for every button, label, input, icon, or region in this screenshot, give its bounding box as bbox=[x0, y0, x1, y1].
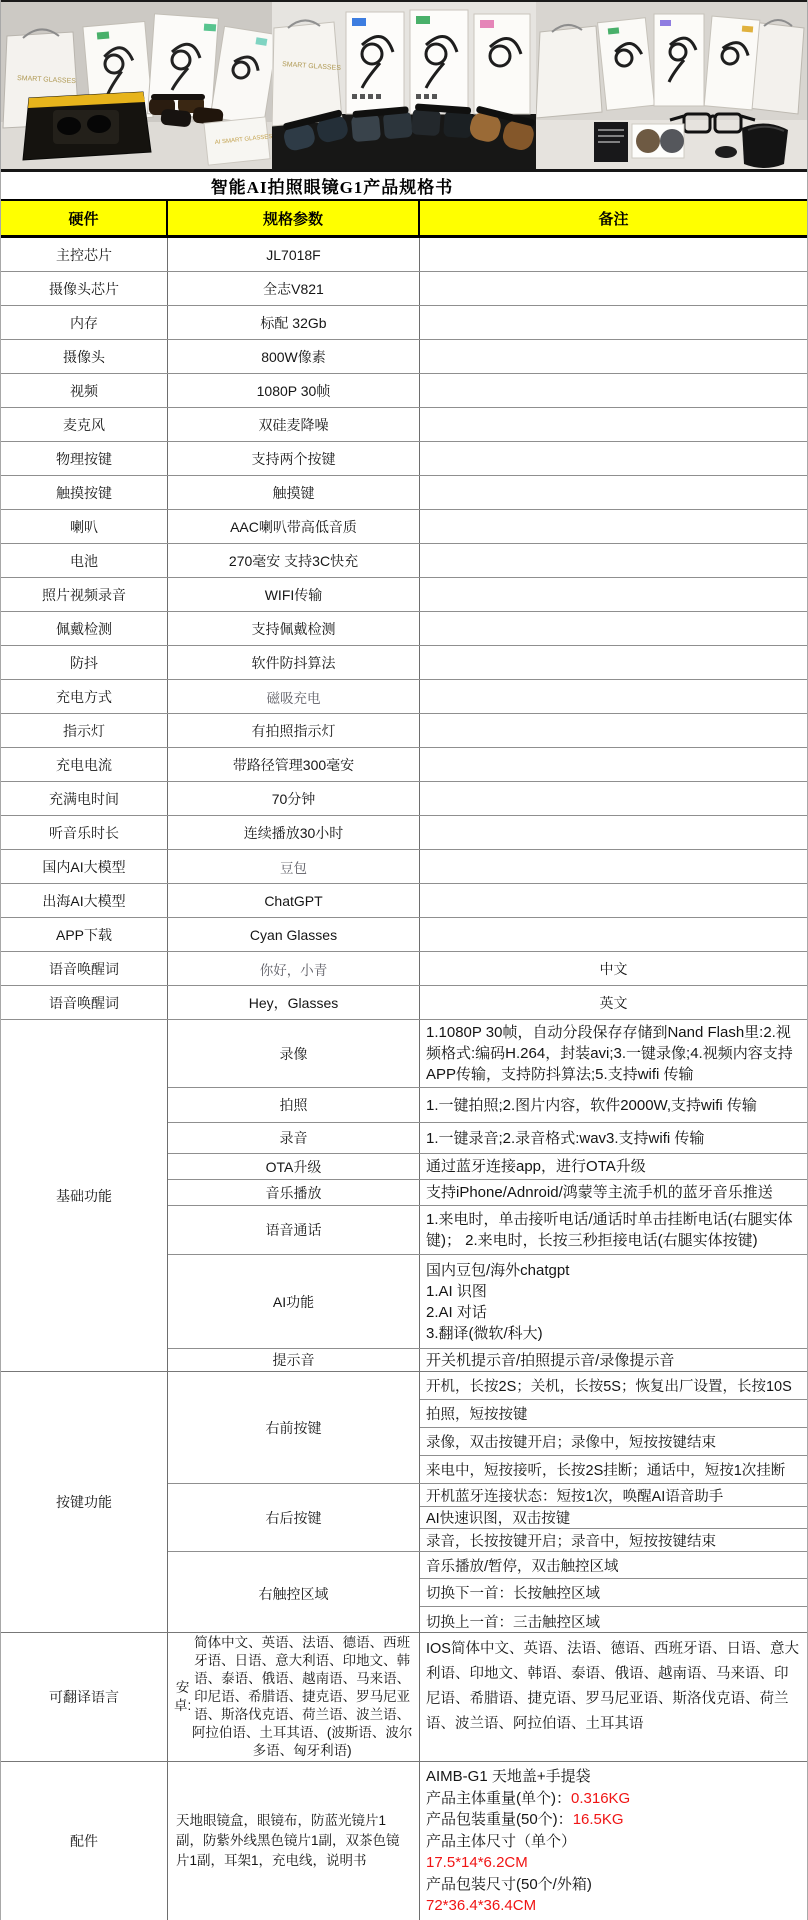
table-row: 主控芯片JL7018F bbox=[1, 238, 807, 272]
row-label: 喇叭 bbox=[1, 510, 168, 543]
row-spec: 触摸键 bbox=[168, 476, 420, 509]
android-title: 安卓: bbox=[174, 1679, 191, 1715]
function-subrow: 拍照1.一键拍照;2.图片内容，软件2000W,支持wifi 传输 bbox=[168, 1088, 807, 1123]
row-spec: Cyan Glasses bbox=[168, 918, 420, 951]
subrow-note: 1.一键拍照;2.图片内容，软件2000W,支持wifi 传输 bbox=[420, 1088, 807, 1122]
row-spec: Hey，Glasses bbox=[168, 986, 420, 1019]
accessories-note-line: 72*36.4*36.4CM bbox=[426, 1895, 801, 1917]
row-note bbox=[420, 544, 807, 577]
photo-left-illustration: SMART GLASSES bbox=[1, 2, 272, 169]
table-row: 视频1080P 30帧 bbox=[1, 374, 807, 408]
row-note bbox=[420, 510, 807, 543]
row-label: 出海AI大模型 bbox=[1, 884, 168, 917]
row-spec: 磁吸充电 bbox=[168, 680, 420, 713]
row-label: 佩戴检测 bbox=[1, 612, 168, 645]
accessories-note-line: 产品主体尺寸（单个） bbox=[426, 1831, 801, 1853]
accessories-note-line: 产品包装重量(50个)：16.5KG bbox=[426, 1809, 801, 1831]
button-group-label: 右前按键 bbox=[168, 1372, 420, 1483]
subrow-note: 国内豆包/海外chatgpt 1.AI 识图 2.AI 对话 3.翻译(微软/科… bbox=[420, 1255, 807, 1348]
open-gift-box bbox=[23, 92, 151, 160]
row-label: 麦克风 bbox=[1, 408, 168, 441]
row-label: 触摸按键 bbox=[1, 476, 168, 509]
table-row: 电池270毫安 支持3C快充 bbox=[1, 544, 807, 578]
row-label: 物理按键 bbox=[1, 442, 168, 475]
table-row: 喇叭AAC喇叭带高低音质 bbox=[1, 510, 807, 544]
subrow-label: AI功能 bbox=[168, 1255, 420, 1348]
section-label: 可翻译语言 bbox=[1, 1633, 168, 1761]
row-label: 语音唤醒词 bbox=[1, 986, 168, 1019]
packaging-box bbox=[474, 14, 530, 114]
accessories-notes: AIMB-G1 天地盖+手提袋产品主体重量(单个)：0.316KG产品包装重量(… bbox=[420, 1762, 807, 1920]
charging-cable bbox=[715, 146, 737, 158]
subrow-note: 1.一键录音;2.录音格式:wav3.支持wifi 传输 bbox=[420, 1123, 807, 1153]
row-note bbox=[420, 340, 807, 373]
row-spec: JL7018F bbox=[168, 238, 420, 271]
row-spec: 支持佩戴检测 bbox=[168, 612, 420, 645]
subrow-note: 开关机提示音/拍照提示音/录像提示音 bbox=[420, 1349, 807, 1371]
function-subrow: AI功能国内豆包/海外chatgpt 1.AI 识图 2.AI 对话 3.翻译(… bbox=[168, 1255, 807, 1349]
subrow-label: 录音 bbox=[168, 1123, 420, 1153]
row-spec: 豆包 bbox=[168, 850, 420, 883]
row-label: 充电电流 bbox=[1, 748, 168, 781]
hardware-rows: 主控芯片JL7018F摄像头芯片全志V821内存标配 32Gb摄像头800W像素… bbox=[1, 238, 807, 1020]
button-note: 切换上一首：三击触控区域 bbox=[420, 1607, 807, 1635]
row-note bbox=[420, 306, 807, 339]
row-spec: 连续播放30小时 bbox=[168, 816, 420, 849]
row-label: 听音乐时长 bbox=[1, 816, 168, 849]
function-subrow: 音乐播放支持iPhone/Adnroid/鸿蒙等主流手机的蓝牙音乐推送 bbox=[168, 1180, 807, 1206]
button-note: 录音，长按按键开启；录音中，短按按键结束 bbox=[420, 1529, 807, 1551]
function-subrow: OTA升级通过蓝牙连接app，进行OTA升级 bbox=[168, 1154, 807, 1180]
table-row: 充电电流带路径管理300毫安 bbox=[1, 748, 807, 782]
button-note: 录像，双击按键开启；录像中，短按按键结束 bbox=[420, 1428, 807, 1456]
row-label: APP下载 bbox=[1, 918, 168, 951]
button-group-notes: 开机，长按2S；关机，长按5S；恢复出厂设置，长按10S拍照，短按按键录像，双击… bbox=[420, 1372, 807, 1483]
button-group-label: 右后按键 bbox=[168, 1484, 420, 1551]
row-note bbox=[420, 782, 807, 815]
packaging-box bbox=[410, 10, 468, 114]
photo-right-illustration bbox=[536, 2, 807, 169]
row-spec: 270毫安 支持3C快充 bbox=[168, 544, 420, 577]
row-spec: 800W像素 bbox=[168, 340, 420, 373]
accessories-value-red: 17.5*14*6.2CM bbox=[426, 1854, 528, 1871]
row-note bbox=[420, 442, 807, 475]
subrow-label: 拍照 bbox=[168, 1088, 420, 1122]
row-label: 电池 bbox=[1, 544, 168, 577]
button-group-notes: 音乐播放/暂停，双击触控区域切换下一首：长按触控区域切换上一首：三击触控区域 bbox=[420, 1552, 807, 1635]
row-note bbox=[420, 714, 807, 747]
row-label: 内存 bbox=[1, 306, 168, 339]
button-group: 右后按键开机蓝牙连接状态：短按1次，唤醒AI语音助手AI快速识图，双击按键录音，… bbox=[168, 1484, 807, 1552]
button-note: AI快速识图，双击按键 bbox=[420, 1507, 807, 1529]
table-row: 听音乐时长连续播放30小时 bbox=[1, 816, 807, 850]
section-label: 配件 bbox=[1, 1762, 168, 1920]
table-row: 充满电时间70分钟 bbox=[1, 782, 807, 816]
row-label: 充满电时间 bbox=[1, 782, 168, 815]
accessories-value-red: 0.316KG bbox=[571, 1790, 630, 1807]
table-row: 语音唤醒词你好，小青中文 bbox=[1, 952, 807, 986]
row-note bbox=[420, 680, 807, 713]
section-body: 录像1.1080P 30帧，自动分段保存存储到Nand Flash里:2.视频格… bbox=[168, 1020, 807, 1371]
accessories-pack-list: 天地眼镜盒，眼镜布，防蓝光镜片1副，防紫外线黑色镜片1副，双茶色镜片1副，耳架1… bbox=[168, 1762, 420, 1920]
row-note: 英文 bbox=[420, 986, 807, 1019]
table-row: 语音唤醒词Hey，Glasses英文 bbox=[1, 986, 807, 1020]
button-note: 切换下一首：长按触控区域 bbox=[420, 1579, 807, 1607]
function-subrow: 录像1.1080P 30帧，自动分段保存存储到Nand Flash里:2.视频格… bbox=[168, 1020, 807, 1088]
button-group-notes: 开机蓝牙连接状态：短按1次，唤醒AI语音助手AI快速识图，双击按键录音，长按按键… bbox=[420, 1484, 807, 1551]
row-label: 国内AI大模型 bbox=[1, 850, 168, 883]
product-photo-left: SMART GLASSES bbox=[1, 2, 272, 169]
table-header: 硬件 规格参数 备注 bbox=[1, 199, 807, 238]
button-note: 开机蓝牙连接状态：短按1次，唤醒AI语音助手 bbox=[420, 1484, 807, 1507]
table-row: 出海AI大模型ChatGPT bbox=[1, 884, 807, 918]
accessories-note-text: 产品主体尺寸（单个） bbox=[426, 1833, 576, 1850]
table-row: 佩戴检测支持佩戴检测 bbox=[1, 612, 807, 646]
section-label: 按键功能 bbox=[1, 1372, 168, 1632]
row-note bbox=[420, 408, 807, 441]
subrow-note: 1.1080P 30帧，自动分段保存存储到Nand Flash里:2.视频格式:… bbox=[420, 1020, 807, 1087]
section-accessories: 配件天地眼镜盒，眼镜布，防蓝光镜片1副，防紫外线黑色镜片1副，双茶色镜片1副，耳… bbox=[1, 1762, 807, 1920]
packaging-box bbox=[346, 12, 404, 114]
row-note bbox=[420, 238, 807, 271]
column-header-hardware: 硬件 bbox=[1, 201, 168, 235]
column-header-spec: 规格参数 bbox=[168, 201, 420, 235]
packaging-box bbox=[597, 18, 654, 111]
button-group: 右触控区域音乐播放/暂停，双击触控区域切换下一首：长按触控区域切换上一首：三击触… bbox=[168, 1552, 807, 1635]
column-header-remark: 备注 bbox=[420, 201, 807, 235]
subrow-label: OTA升级 bbox=[168, 1154, 420, 1179]
accessories-note-line: 17.5*14*6.2CM bbox=[426, 1852, 801, 1874]
table-row: 照片视频录音WIFI传输 bbox=[1, 578, 807, 612]
row-label: 摄像头 bbox=[1, 340, 168, 373]
row-note bbox=[420, 578, 807, 611]
accessories-note-line: AIMB-G1 天地盖+手提袋 bbox=[426, 1766, 801, 1788]
accessories-note-text: AIMB-G1 天地盖+手提袋 bbox=[426, 1768, 591, 1785]
subrow-note: 通过蓝牙连接app，进行OTA升级 bbox=[420, 1154, 807, 1179]
accessories-note-line: 产品包装尺寸(50个/外箱) bbox=[426, 1874, 801, 1896]
accessories-note-text: 产品包装尺寸(50个/外箱) bbox=[426, 1876, 592, 1893]
storage-pouch bbox=[742, 123, 788, 168]
subrow-label: 录像 bbox=[168, 1020, 420, 1087]
row-spec: 双硅麦降噪 bbox=[168, 408, 420, 441]
android-languages: 安卓:简体中文、英语、法语、德语、西班牙语、日语、意大利语、印地文、韩语、泰语、… bbox=[168, 1633, 420, 1761]
section-body: 右前按键开机，长按2S；关机，长按5S；恢复出厂设置，长按10S拍照，短按按键录… bbox=[168, 1372, 807, 1632]
row-note bbox=[420, 884, 807, 917]
row-label: 照片视频录音 bbox=[1, 578, 168, 611]
row-note bbox=[420, 476, 807, 509]
table-row: 充电方式磁吸充电 bbox=[1, 680, 807, 714]
product-photo-strip: SMART GLASSES bbox=[1, 0, 807, 169]
photo-middle-illustration: SMART GLASSES bbox=[272, 2, 535, 169]
accessories-note-text: 产品包装重量(50个)： bbox=[426, 1811, 573, 1828]
subrow-note: 1.来电时，单击接听电话/通话时单击挂断电话(右腿实体键)； 2.来电时，长按三… bbox=[420, 1206, 807, 1254]
button-note: 音乐播放/暂停，双击触控区域 bbox=[420, 1552, 807, 1579]
packaging-box bbox=[704, 16, 760, 110]
product-photo-middle: SMART GLASSES bbox=[272, 2, 535, 169]
accessories-note-line: 产品主体重量(单个)：0.316KG bbox=[426, 1788, 801, 1810]
section-translate-languages: 可翻译语言安卓:简体中文、英语、法语、德语、西班牙语、日语、意大利语、印地文、韩… bbox=[1, 1633, 807, 1762]
table-row: 摄像头芯片全志V821 bbox=[1, 272, 807, 306]
accessories-value-red: 72*36.4*36.4CM bbox=[426, 1897, 536, 1914]
row-spec: 标配 32Gb bbox=[168, 306, 420, 339]
row-label: 语音唤醒词 bbox=[1, 952, 168, 985]
table-row: 摄像头800W像素 bbox=[1, 340, 807, 374]
spare-lenses bbox=[632, 124, 684, 158]
button-note: 开机，长按2S；关机，长按5S；恢复出厂设置，长按10S bbox=[420, 1372, 807, 1400]
row-spec: 支持两个按键 bbox=[168, 442, 420, 475]
table-row: 内存标配 32Gb bbox=[1, 306, 807, 340]
row-spec: 70分钟 bbox=[168, 782, 420, 815]
table-row: 指示灯有拍照指示灯 bbox=[1, 714, 807, 748]
section-button-functions: 按键功能右前按键开机，长按2S；关机，长按5S；恢复出厂设置，长按10S拍照，短… bbox=[1, 1372, 807, 1633]
row-label: 视频 bbox=[1, 374, 168, 407]
button-note: 来电中，短按接听，长按2S挂断；通话中，短按1次挂断 bbox=[420, 1456, 807, 1483]
button-group-label: 右触控区域 bbox=[168, 1552, 420, 1635]
row-spec: 有拍照指示灯 bbox=[168, 714, 420, 747]
row-spec: WIFI传输 bbox=[168, 578, 420, 611]
row-spec: 全志V821 bbox=[168, 272, 420, 305]
row-note bbox=[420, 816, 807, 849]
row-spec: AAC喇叭带高低音质 bbox=[168, 510, 420, 543]
row-spec: 软件防抖算法 bbox=[168, 646, 420, 679]
ios-languages: IOS简体中文、英语、法语、德语、西班牙语、日语、意大利语、印地文、韩语、泰语、… bbox=[420, 1633, 807, 1761]
table-row: 物理按键支持两个按键 bbox=[1, 442, 807, 476]
row-label: 指示灯 bbox=[1, 714, 168, 747]
product-photo-right bbox=[536, 2, 807, 169]
row-label: 防抖 bbox=[1, 646, 168, 679]
function-subrow: 语音通话1.来电时，单击接听电话/通话时单击挂断电话(右腿实体键)； 2.来电时… bbox=[168, 1206, 807, 1255]
table-row: 触摸按键触摸键 bbox=[1, 476, 807, 510]
section-label: 基础功能 bbox=[1, 1020, 168, 1371]
row-note: 中文 bbox=[420, 952, 807, 985]
section-basic-functions: 基础功能录像1.1080P 30帧，自动分段保存存储到Nand Flash里:2… bbox=[1, 1020, 807, 1372]
subrow-label: 提示音 bbox=[168, 1349, 420, 1371]
accessories-note-text: 产品主体重量(单个)： bbox=[426, 1790, 571, 1807]
accessories-value-red: 16.5KG bbox=[573, 1811, 624, 1828]
packaging-box bbox=[654, 14, 704, 106]
row-note bbox=[420, 374, 807, 407]
table-row: APP下载Cyan Glasses bbox=[1, 918, 807, 952]
row-spec: 带路径管理300毫安 bbox=[168, 748, 420, 781]
title-bar: 智能AI拍照眼镜G1产品规格书 bbox=[1, 169, 807, 199]
button-group: 右前按键开机，长按2S；关机，长按5S；恢复出厂设置，长按10S拍照，短按按键录… bbox=[168, 1372, 807, 1484]
button-note: 拍照，短按按键 bbox=[420, 1400, 807, 1428]
row-label: 主控芯片 bbox=[1, 238, 168, 271]
subrow-label: 语音通话 bbox=[168, 1206, 420, 1254]
table-row: 麦克风双硅麦降噪 bbox=[1, 408, 807, 442]
row-spec: ChatGPT bbox=[168, 884, 420, 917]
subrow-note: 支持iPhone/Adnroid/鸿蒙等主流手机的蓝牙音乐推送 bbox=[420, 1180, 807, 1205]
row-spec: 1080P 30帧 bbox=[168, 374, 420, 407]
table-row: 国内AI大模型豆包 bbox=[1, 850, 807, 884]
row-note bbox=[420, 272, 807, 305]
row-label: 摄像头芯片 bbox=[1, 272, 168, 305]
subrow-label: 音乐播放 bbox=[168, 1180, 420, 1205]
function-subrow: 提示音开关机提示音/拍照提示音/录像提示音 bbox=[168, 1349, 807, 1371]
row-note bbox=[420, 646, 807, 679]
row-label: 充电方式 bbox=[1, 680, 168, 713]
row-note bbox=[420, 918, 807, 951]
table-row: 防抖软件防抖算法 bbox=[1, 646, 807, 680]
page-title: 智能AI拍照眼镜G1产品规格书 bbox=[211, 173, 454, 198]
row-note bbox=[420, 850, 807, 883]
row-note bbox=[420, 612, 807, 645]
row-note bbox=[420, 748, 807, 781]
function-subrow: 录音1.一键录音;2.录音格式:wav3.支持wifi 传输 bbox=[168, 1123, 807, 1154]
row-spec: 你好，小青 bbox=[168, 952, 420, 985]
spec-sheet-page: SMART GLASSES bbox=[0, 0, 808, 1920]
function-sections: 基础功能录像1.1080P 30帧，自动分段保存存储到Nand Flash里:2… bbox=[1, 1020, 807, 1920]
